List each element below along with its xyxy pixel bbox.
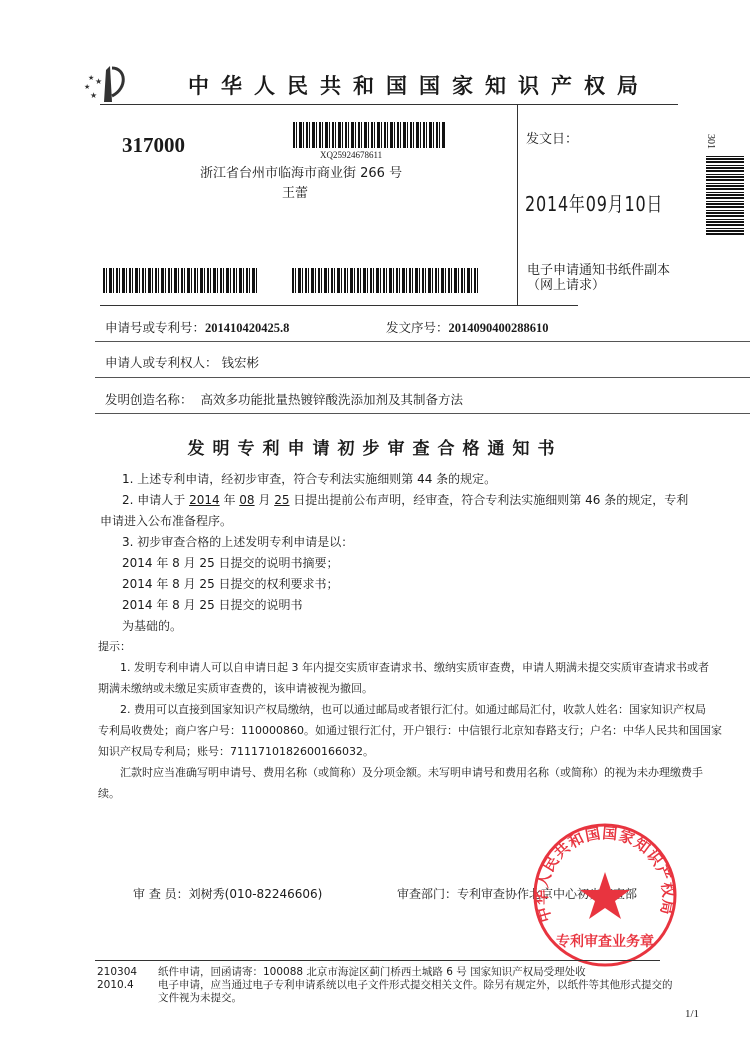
serial-number-row: 发文序号：2014090400288610 — [386, 318, 549, 336]
barcode-number: XQ25924678611 — [320, 150, 382, 160]
footer-notes: 纸件申请，回函请寄：100088 北京市海淀区蓟门桥西土城路 6 号 国家知识产… — [158, 966, 678, 1005]
row-rule-3 — [95, 413, 750, 414]
examiner-label: 审 查 员： — [133, 887, 189, 901]
tips-label: 提示： — [98, 636, 698, 657]
notice-basis: 为基础的。 — [100, 616, 700, 637]
svg-text:★: ★ — [88, 74, 94, 82]
dispatch-divider — [517, 104, 518, 306]
page-number: 1/1 — [685, 1008, 699, 1020]
declaration-day: 25 — [274, 493, 289, 507]
document-item: 2014 年 8 月 25 日提交的说明书 — [100, 595, 700, 616]
application-number: 201410420425.8 — [205, 321, 289, 335]
declaration-year: 2014 — [189, 493, 220, 507]
applicant-label: 申请人或专利权人： — [105, 355, 218, 370]
tip-2-line-3: 知识产权局专利局；账号：7111710182600166032。 — [98, 741, 698, 762]
side-code: 301 — [705, 134, 716, 149]
postcode: 317000 — [122, 133, 185, 158]
notice-item-2-cont: 申请进入公布准备程序。 — [100, 511, 700, 532]
seal-bottom-text: 专利审查业务章 — [556, 933, 654, 950]
form-code: 210304 — [97, 966, 137, 979]
routing-barcode-right — [292, 268, 480, 293]
cnipa-logo-icon: ★ ★ ★ ★ — [82, 62, 137, 104]
application-number-row: 申请号或专利号：201410420425.8 — [105, 318, 289, 336]
examiner-name: 刘树秀(010-82246606) — [189, 887, 323, 901]
tip-1-line-2: 期满未缴纳或未缴足实质审查费的，该申请被视为撤回。 — [98, 678, 698, 699]
form-version: 2010.4 — [97, 979, 134, 992]
invention-row: 发明创造名称： 高效多功能批量热镀锌酸洗添加剂及其制备方法 — [105, 390, 463, 408]
application-number-label: 申请号或专利号： — [105, 320, 205, 335]
row-rule-1 — [95, 341, 750, 342]
electronic-note-line-1: 电子申请，应当通过电子专利申请系统以电子文件形式提交相关文件。除另有规定外，以纸… — [158, 979, 678, 992]
notice-item-3: 3. 初步审查合格的上述发明专利申请是以： — [100, 532, 700, 553]
examiner-row: 审 查 员：刘树秀(010-82246606) — [133, 885, 322, 902]
document-item: 2014 年 8 月 25 日提交的权利要求书； — [100, 574, 700, 595]
tip-2-line-2: 专利局收费处；商户客户号：110000860。如通过银行汇付，开户银行：中信银行… — [98, 720, 698, 741]
mailing-block-rule — [100, 305, 578, 306]
recipient-address: 浙江省台州市临海市商业街 266 号 — [200, 162, 402, 181]
invention-label: 发明创造名称： — [105, 392, 193, 407]
row-rule-2 — [95, 377, 750, 378]
department-label: 审查部门： — [397, 887, 457, 901]
tip-3-line-2: 续。 — [98, 783, 698, 804]
routing-barcode-left — [103, 268, 258, 293]
notice-title: 发明专利申请初步审查合格通知书 — [0, 434, 750, 459]
invention-title: 高效多功能批量热镀锌酸洗添加剂及其制备方法 — [200, 392, 463, 407]
mail-barcode — [293, 122, 446, 148]
tip-2-line-1: 2. 费用可以直接到国家知识产权局缴纳，也可以通过邮局或者银行汇付。如通过邮局汇… — [98, 699, 698, 720]
header-rule — [100, 104, 678, 105]
footer-rule — [95, 960, 660, 961]
tip-1-line-1: 1. 发明专利申请人可以自申请日起 3 年内提交实质审查请求书、缴纳实质审查费，… — [98, 657, 698, 678]
notice-item-2: 2. 申请人于 2014 年 08 月 25 日提出提前公布声明，经审查，符合专… — [100, 490, 700, 511]
applicant-name: 钱宏彬 — [222, 355, 260, 370]
svg-text:★: ★ — [90, 91, 97, 100]
official-seal: 中华人民共和国国家知识产权局 专利审查业务章 — [530, 820, 680, 970]
dispatch-date: 2014年09月10日 — [525, 188, 663, 217]
svg-text:★: ★ — [84, 83, 90, 91]
document-item: 2014 年 8 月 25 日提交的说明书摘要； — [100, 553, 700, 574]
serial-number-label: 发文序号： — [386, 320, 449, 335]
organization-title: 中华人民共和国国家知识产权局 — [188, 70, 650, 100]
side-barcode — [706, 155, 744, 235]
svg-text:★: ★ — [95, 77, 102, 86]
electronic-note-line-2: 文件视为未提交。 — [158, 992, 678, 1005]
tips-section: 提示： 1. 发明专利申请人可以自申请日起 3 年内提交实质审查请求书、缴纳实质… — [98, 636, 698, 804]
serial-number: 2014090400288610 — [449, 321, 549, 335]
tip-3-line-1: 汇款时应当准确写明申请号、费用名称（或简称）及分项金额。未写明申请号和费用名称（… — [98, 762, 698, 783]
recipient-name: 王蕾 — [282, 182, 308, 201]
dispatch-date-label: 发文日： — [526, 128, 578, 147]
copy-note: 电子申请通知书纸件副本（网上请求） — [527, 263, 677, 293]
paper-note: 纸件申请，回函请寄：100088 北京市海淀区蓟门桥西土城路 6 号 国家知识产… — [158, 966, 678, 979]
notice-body: 1. 上述专利申请，经初步审查，符合专利法实施细则第 44 条的规定。 2. 申… — [100, 469, 700, 637]
declaration-month: 08 — [239, 493, 254, 507]
notice-item-1: 1. 上述专利申请，经初步审查，符合专利法实施细则第 44 条的规定。 — [100, 469, 700, 490]
applicant-row: 申请人或专利权人： 钱宏彬 — [105, 353, 259, 371]
